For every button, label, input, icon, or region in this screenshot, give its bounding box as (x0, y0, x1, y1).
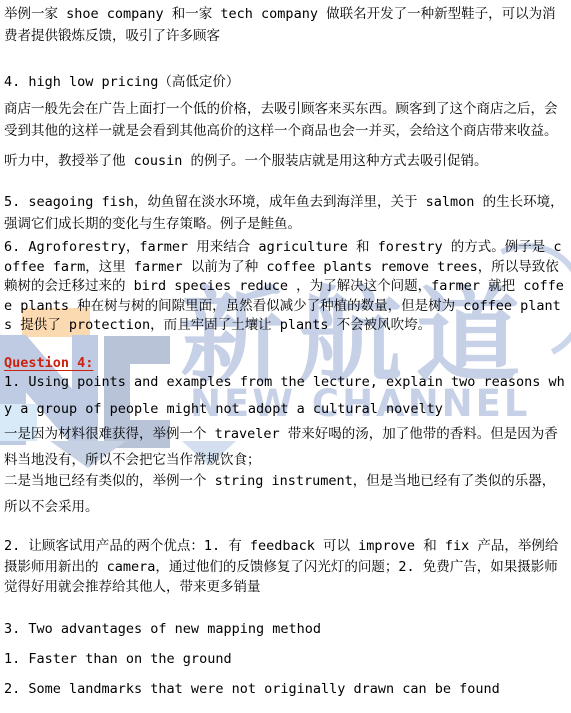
paragraph-mapping-advantage-1: 1. Faster than on the ground (4, 648, 568, 670)
paragraph-question-1-prompt: 1. Using points and examples from the le… (4, 369, 568, 423)
paragraph-mapping-method-heading: 3. Two advantages of new mapping method (4, 618, 568, 640)
paragraph-cousin-example: 听力中，教授举了他 cousin 的例子。一个服装店就是用这种方式去吸引促销。 (4, 150, 568, 172)
document-page: 新航道 NEW CHANNEL 举例一家 shoe company 和一家 te… (0, 0, 571, 713)
paragraph-reason-two: 二是当地已经有类似的，举例一个 string instrument，但是当地已经… (4, 468, 568, 520)
paragraph-agroforestry: 6. Agroforestry，farmer 用来结合 agriculture … (4, 238, 568, 336)
heading-high-low-pricing: 4. high low pricing（高低定价） (4, 71, 568, 93)
paragraph-store-pricing: 商店一般先会在广告上面打一个低的价格，去吸引顾客来买东西。顾客到了这个商店之后，… (4, 98, 568, 142)
paragraph-shoe-company-example: 举例一家 shoe company 和一家 tech company 做联名开发… (4, 3, 568, 47)
paragraph-reason-one: 一是因为材料很难获得，举例一个 traveler 带来好喝的汤，加了他带的香料。… (4, 421, 568, 473)
paragraph-product-trial-advantages: 2. 让顾客试用产品的两个优点：1. 有 feedback 可以 improve… (4, 536, 568, 598)
paragraph-mapping-advantage-2: 2. Some landmarks that were not original… (4, 678, 568, 700)
paragraph-seagoing-fish: 5. seagoing fish，幼鱼留在淡水环境，成年鱼去到海洋里，关于 sa… (4, 191, 568, 235)
